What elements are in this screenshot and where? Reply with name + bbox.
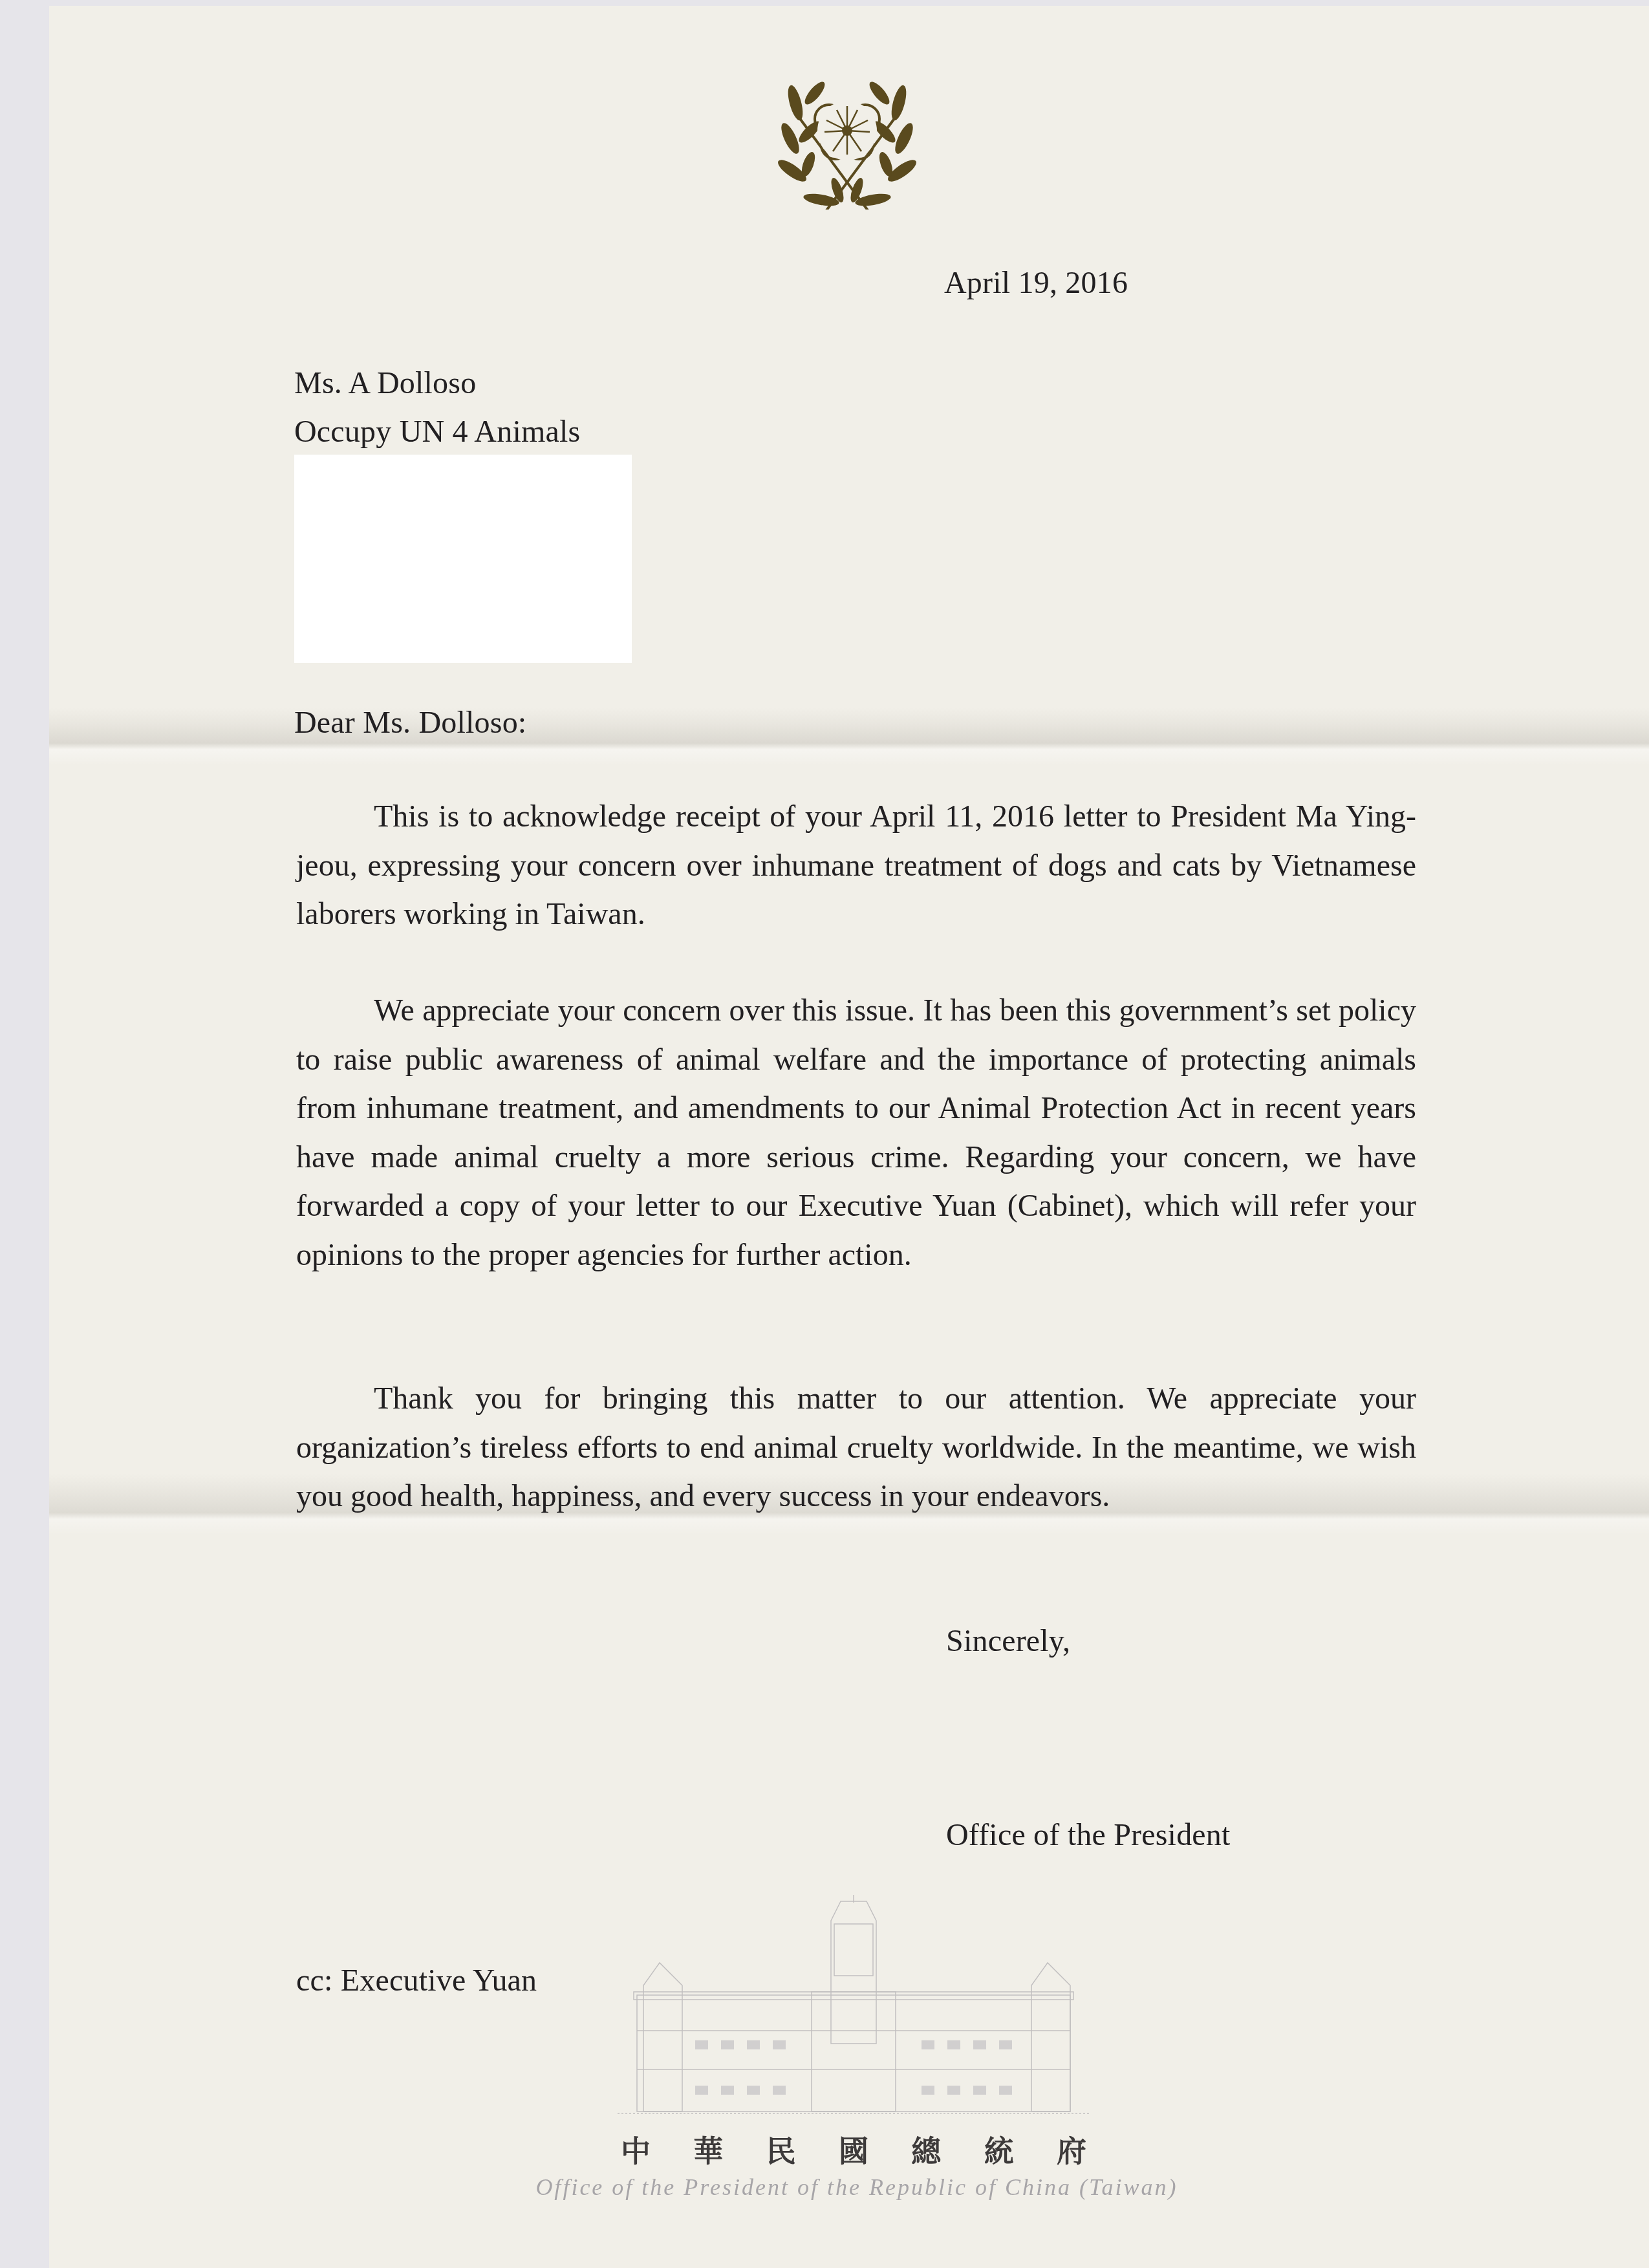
zh-char: 總: [911, 2128, 941, 2170]
english-office-name: Office of the President of the Republic …: [453, 2174, 1261, 2201]
salutation: Dear Ms. Dolloso:: [294, 698, 526, 747]
cc-line: cc: Executive Yuan: [296, 1956, 537, 2005]
presidential-office-building-icon: [618, 1895, 1090, 2115]
zh-char: 中: [621, 2128, 651, 2170]
zh-char: 府: [1057, 2128, 1086, 2170]
zh-char: 國: [839, 2128, 868, 2170]
zh-char: 民: [766, 2128, 796, 2170]
closing: Sincerely,: [946, 1617, 1070, 1665]
zh-char: 華: [693, 2128, 723, 2170]
signer: Office of the President: [946, 1811, 1231, 1859]
body-paragraph: This is to acknowledge receipt of your A…: [296, 792, 1416, 939]
zh-char: 統: [984, 2128, 1014, 2170]
chinese-office-name: 中 華 民 國 總 統 府: [621, 2128, 1086, 2170]
body-paragraph: We appreciate your concern over this iss…: [296, 986, 1416, 1279]
recipient-name: Ms. A Dolloso: [294, 359, 580, 407]
plum-blossom-laurel-emblem-icon: [763, 67, 931, 210]
recipient-address: Ms. A Dolloso Occupy UN 4 Animals: [294, 359, 580, 456]
body-paragraph: Thank you for bringing this matter to ou…: [296, 1374, 1416, 1521]
redacted-address-block: [294, 455, 632, 663]
letter-date: April 19, 2016: [944, 259, 1128, 307]
recipient-organization: Occupy UN 4 Animals: [294, 407, 580, 456]
